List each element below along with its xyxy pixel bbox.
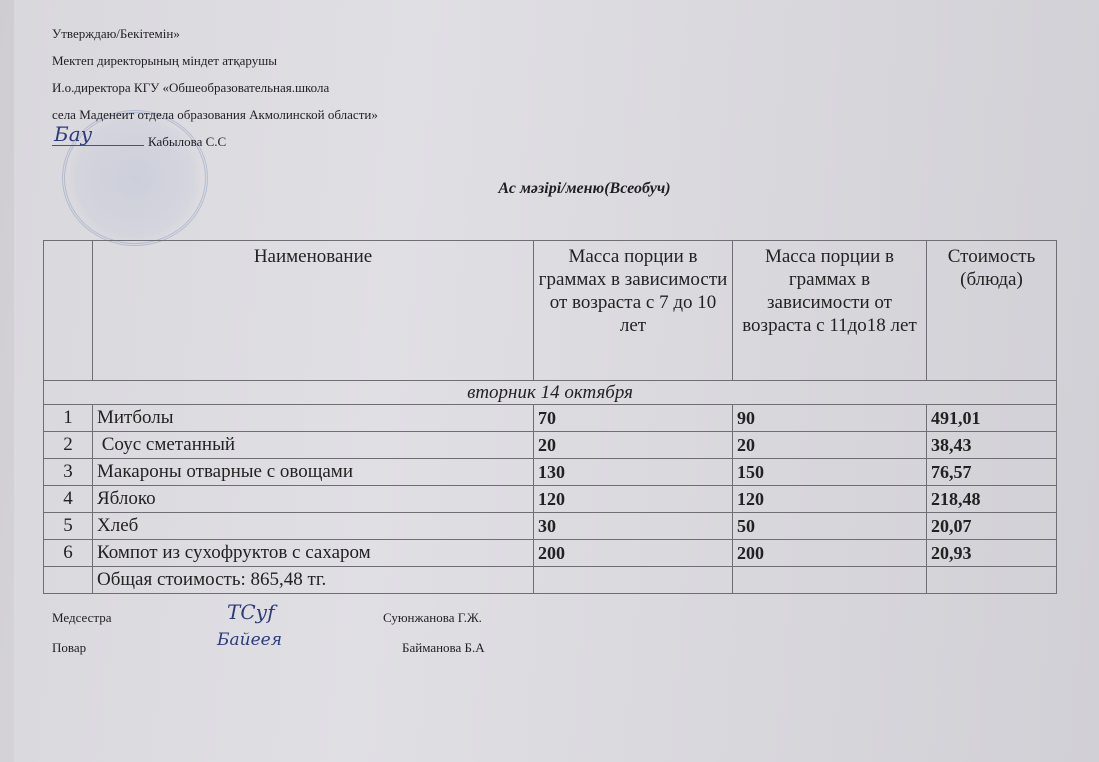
- table-row: 2 Соус сметанный 20 20 38,43: [44, 432, 1057, 459]
- nurse-name: Суюнжанова Г.Ж.: [383, 603, 482, 633]
- cell-mass-7-10: 120: [534, 486, 733, 513]
- cell-empty: [927, 567, 1057, 594]
- cell-mass-7-10: 30: [534, 513, 733, 540]
- nurse-role: Медсестра: [52, 603, 112, 633]
- cook-signature: Байeeя: [217, 625, 282, 655]
- cell-cost: 218,48: [927, 486, 1057, 513]
- approval-line: села Маденеит отдела образования Акмолин…: [52, 101, 378, 128]
- cell-mass-7-10: 20: [534, 432, 733, 459]
- total-cost: Общая стоимость: 865,48 тг.: [93, 567, 534, 594]
- header-name: Наименование: [93, 241, 534, 381]
- cook-role: Повар: [52, 633, 86, 663]
- cook-row: Повар Байeeя Байманова Б.А: [52, 633, 652, 663]
- cell-mass-11-18: 200: [733, 540, 927, 567]
- cell-empty: [733, 567, 927, 594]
- table-row: 6 Компот из сухофруктов с сахаром 200 20…: [44, 540, 1057, 567]
- table-row: 1 Митболы 70 90 491,01: [44, 405, 1057, 432]
- approval-line: И.о.директора КГУ «Обшеобразовательная.ш…: [52, 74, 378, 101]
- cell-mass-11-18: 90: [733, 405, 927, 432]
- cell-name: Соус сметанный: [93, 432, 534, 459]
- cell-number: 2: [44, 432, 93, 459]
- header-number: [44, 241, 93, 381]
- director-signature: Бау: [54, 121, 92, 148]
- cell-number: 1: [44, 405, 93, 432]
- cell-mass-7-10: 200: [534, 540, 733, 567]
- menu-table: Наименование Масса порции в граммах в за…: [43, 240, 1057, 594]
- signatory-name: Кабылова С.С: [148, 134, 226, 149]
- table-row: 4 Яблоко 120 120 218,48: [44, 486, 1057, 513]
- cell-number: 3: [44, 459, 93, 486]
- page-title: Ас мәзірі/меню(Всеобуч): [0, 180, 1099, 198]
- cell-mass-11-18: 150: [733, 459, 927, 486]
- cell-cost: 20,93: [927, 540, 1057, 567]
- header-mass-11-18: Масса порции в граммах в зависимости от …: [733, 241, 927, 381]
- signatures-footer: Медсестра ТСуf Суюнжанова Г.Ж. Повар Бай…: [52, 603, 652, 663]
- cell-mass-11-18: 120: [733, 486, 927, 513]
- approval-block: Утверждаю/Бекітемін» Мектеп директорының…: [52, 20, 378, 155]
- nurse-signature: ТСуf: [227, 597, 275, 627]
- approval-line: Утверждаю/Бекітемін»: [52, 20, 378, 47]
- cell-name: Яблоко: [93, 486, 534, 513]
- signatory-line: Бау Кабылова С.С: [52, 128, 378, 155]
- signature-line: Бау: [52, 131, 144, 146]
- table-row: 5 Хлеб 30 50 20,07: [44, 513, 1057, 540]
- table-row: 3 Макароны отварные с овощами 130 150 76…: [44, 459, 1057, 486]
- cell-mass-11-18: 20: [733, 432, 927, 459]
- header-cost: Стоимость (блюда): [927, 241, 1057, 381]
- day-row: вторник 14 октября: [44, 381, 1057, 405]
- cell-number: 5: [44, 513, 93, 540]
- cell-name: Компот из сухофруктов с сахаром: [93, 540, 534, 567]
- cook-name: Байманова Б.А: [402, 633, 485, 663]
- cell-cost: 491,01: [927, 405, 1057, 432]
- total-row: Общая стоимость: 865,48 тг.: [44, 567, 1057, 594]
- cell-number: 6: [44, 540, 93, 567]
- cell-cost: 38,43: [927, 432, 1057, 459]
- day-label: вторник 14 октября: [44, 381, 1057, 405]
- cell-mass-11-18: 50: [733, 513, 927, 540]
- cell-mass-7-10: 70: [534, 405, 733, 432]
- cell-name: Макароны отварные с овощами: [93, 459, 534, 486]
- header-mass-7-10: Масса порции в граммах в зависимости от …: [534, 241, 733, 381]
- cell-name: Митболы: [93, 405, 534, 432]
- cell-cost: 20,07: [927, 513, 1057, 540]
- cell-empty: [44, 567, 93, 594]
- cell-name: Хлеб: [93, 513, 534, 540]
- approval-line: Мектеп директорының міндет атқарушы: [52, 47, 378, 74]
- table-header-row: Наименование Масса порции в граммах в за…: [44, 241, 1057, 381]
- cell-empty: [534, 567, 733, 594]
- cell-number: 4: [44, 486, 93, 513]
- cell-mass-7-10: 130: [534, 459, 733, 486]
- nurse-row: Медсестра ТСуf Суюнжанова Г.Ж.: [52, 603, 652, 633]
- cell-cost: 76,57: [927, 459, 1057, 486]
